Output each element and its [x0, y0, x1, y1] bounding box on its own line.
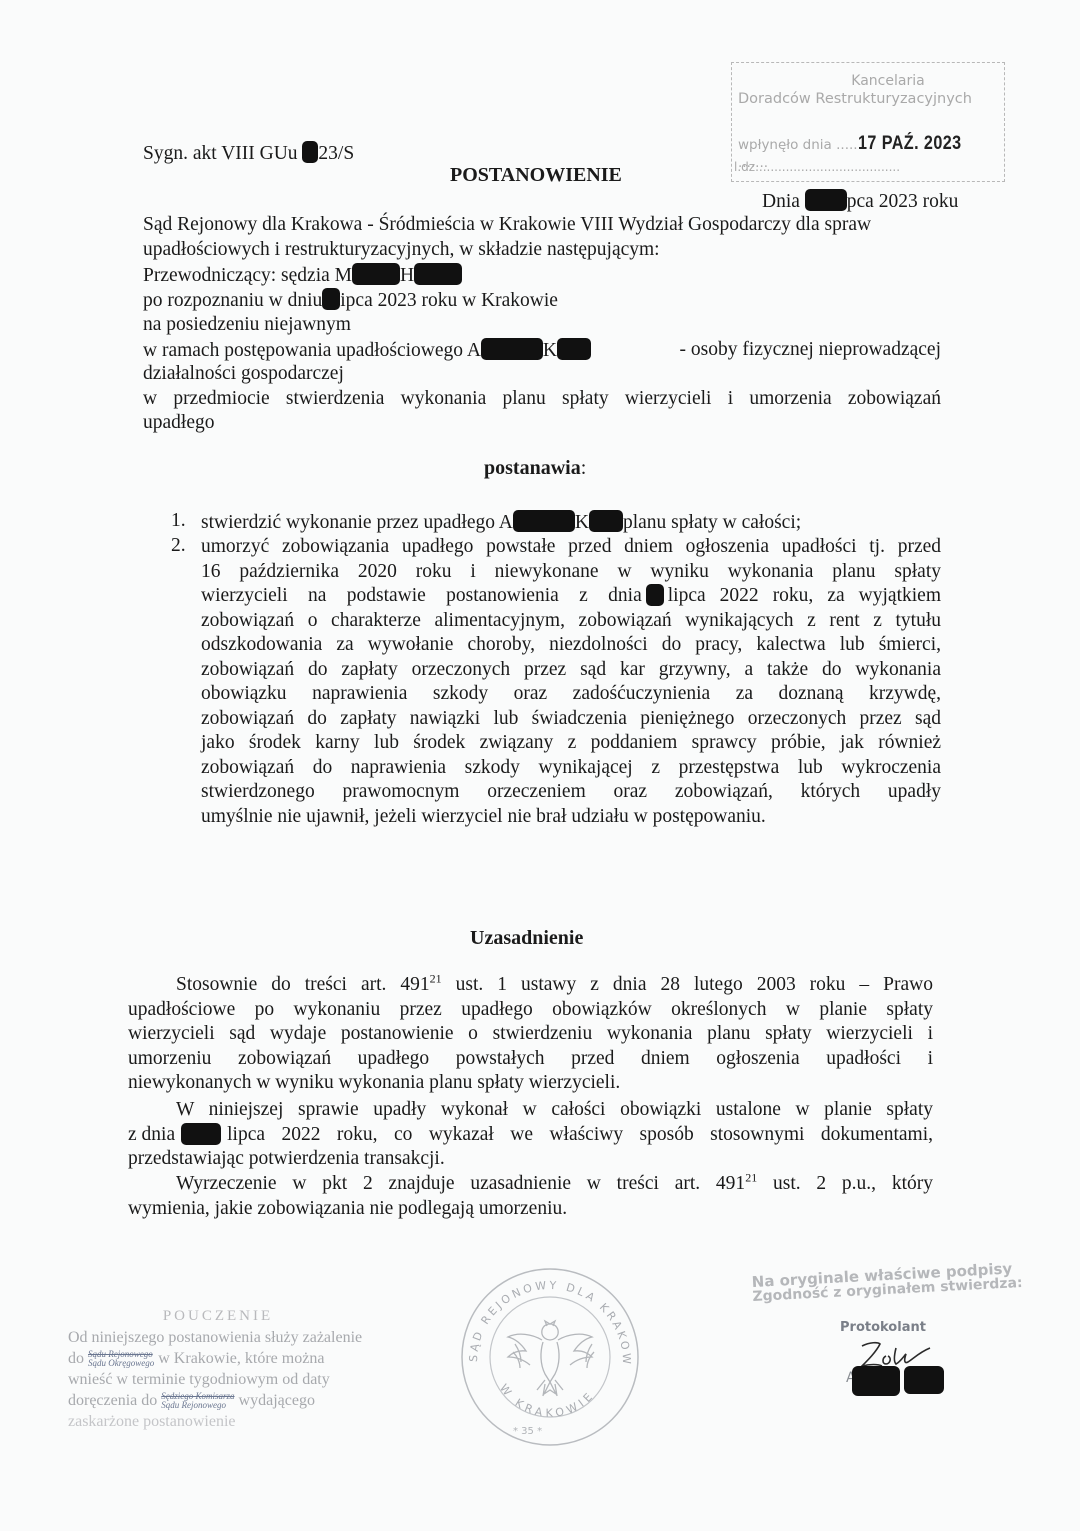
clerk-label: Protokolant	[840, 1320, 926, 1335]
document-date: Dnia pca 2023 roku	[762, 189, 958, 215]
justification-heading: Uzasadnienie	[470, 927, 583, 950]
redaction	[513, 510, 575, 532]
seal-number: * 35 *	[513, 1426, 542, 1437]
item-number: 2.	[171, 535, 186, 557]
court-line-2: upadłościowych i restrukturyzacyjnych, w…	[143, 238, 660, 263]
item-number: 1.	[171, 510, 186, 532]
subject-line-1: w przedmiocie stwierdzenia wykonania pla…	[143, 387, 941, 412]
ruling-item-2: umorzyć zobowiązania upadłego powstałe p…	[201, 535, 941, 829]
ruling-item-1: stwierdzić wykonanie przez upadłego AKpl…	[201, 510, 801, 536]
redaction	[852, 1366, 900, 1396]
redaction	[414, 263, 462, 285]
redaction	[646, 584, 664, 606]
document-title: POSTANOWIENIE	[450, 164, 622, 187]
redaction	[352, 263, 400, 285]
proceedings-line: w ramach postępowania upadłościowego AK …	[143, 338, 941, 364]
appeal-instruction-stamp: POUCZENIE Od niniejszego postanowienia s…	[68, 1306, 368, 1432]
redaction	[589, 510, 623, 532]
hearing-date: po rozpoznaniu w dniuipca 2023 roku w Kr…	[143, 288, 558, 314]
incoming-stamp: Kancelaria Doradców Restrukturyzacyjnych…	[731, 62, 1005, 182]
redaction	[557, 338, 591, 360]
svg-text:SĄD REJONOWY DLA KRAKOWA-ŚRÓDM: SĄD REJONOWY DLA KRAKOWA-ŚRÓDMIEŚCIA	[455, 1262, 633, 1367]
seal-outer-text: SĄD REJONOWY DLA KRAKOWA-ŚRÓDMIEŚCIA	[455, 1262, 633, 1367]
redaction	[302, 141, 318, 163]
court-seal: SĄD REJONOWY DLA KRAKOWA-ŚRÓDMIEŚCIA W K…	[455, 1262, 645, 1452]
session-type: na posiedzeniu niejawnym	[143, 313, 351, 338]
justification-paragraph-1: Stosownie do treści art. 49121 ust. 1 us…	[128, 973, 933, 1096]
redaction	[904, 1366, 944, 1394]
received-label: wpłynęło dnia .....	[738, 137, 858, 153]
stamp-firm-line1: Kancelaria	[732, 73, 1004, 89]
ruling-heading: postanawia:	[484, 457, 586, 480]
certified-copy-stamp: Na oryginale właściwe podpisy Zgodność z…	[751, 1261, 1023, 1305]
court-line-1: Sąd Rejonowy dla Krakowa - Śródmieścia w…	[143, 213, 871, 238]
proceedings-line-2: działalności gospodarczej	[143, 362, 344, 387]
redaction	[481, 338, 543, 360]
redaction	[181, 1123, 221, 1145]
stamp-firm-line2: Doradców Restrukturyzacyjnych	[738, 91, 972, 107]
redaction	[805, 189, 847, 211]
stamp-ldz: l.dz....................................…	[734, 160, 900, 174]
justification-paragraph-3: Wyrzeczenie w pkt 2 znajduje uzasadnieni…	[128, 1172, 933, 1221]
subject-line-2: upadłego	[143, 411, 214, 436]
presiding-judge: Przewodniczący: sędzia MH	[143, 263, 462, 289]
case-signature: Sygn. akt VIII GUu 23/S	[143, 141, 354, 167]
justification-paragraph-2: W niniejszej sprawie upadły wykonał w ca…	[128, 1098, 933, 1172]
eagle-emblem-icon	[508, 1321, 594, 1396]
court-order-page: Kancelaria Doradców Restrukturyzacyjnych…	[0, 0, 1080, 1531]
received-date: 17 PAŹ. 2023	[858, 133, 962, 155]
redaction	[322, 288, 340, 310]
